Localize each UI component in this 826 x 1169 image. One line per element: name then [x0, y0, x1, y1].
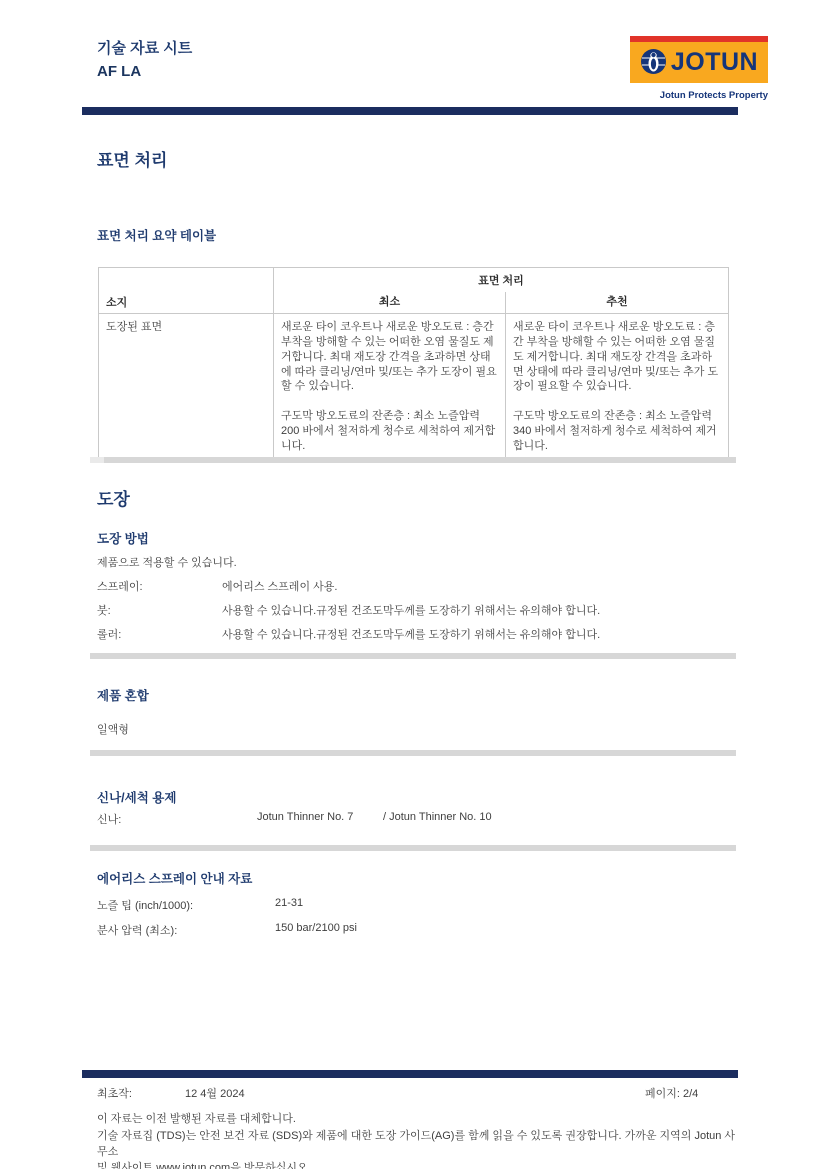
- footer-rule: [82, 1070, 738, 1078]
- section-separator: [90, 845, 736, 851]
- table-heading: 표면 처리 요약 테이블: [97, 226, 216, 244]
- col-header-recommended: 추천: [506, 292, 729, 314]
- doc-type-title: 기술 자료 시트: [97, 37, 192, 58]
- jotun-logo: JOTUN Jotun Protects Property: [630, 36, 768, 101]
- section-title-application: 도장: [97, 485, 130, 510]
- airless-label: 노즐 팁 (inch/1000):: [97, 897, 275, 913]
- thinner-value-2: / Jotun Thinner No. 10: [383, 811, 492, 823]
- section-separator: [90, 457, 736, 463]
- page-number: 페이지: 2/4: [645, 1085, 698, 1101]
- product-name: AF LA: [97, 63, 141, 80]
- issued-date: 12 4월 2024: [185, 1088, 245, 1100]
- method-label: 스프레이:: [97, 578, 222, 594]
- jotun-logo-box: JOTUN: [630, 36, 768, 83]
- footer-issued-row: 최초작:12 4월 2024: [97, 1085, 245, 1101]
- cell-minimum: 새로운 타이 코우트나 새로운 방오도료 : 층간 부착을 방해할 수 있는 어…: [274, 314, 506, 457]
- method-value: 사용할 수 있습니다.규정된 건조도막두께를 도장하기 위해서는 유의해야 합니…: [222, 605, 600, 617]
- thinner-label: 신나:: [97, 811, 257, 827]
- cell-minimum-p2: 구도막 방오도료의 잔존층 : 최소 노즐압력 200 바에서 철저하게 청수로…: [281, 409, 498, 453]
- airless-row-pressure: 분사 압력 (최소):150 bar/2100 psi: [97, 922, 357, 938]
- header-rule: [82, 107, 738, 115]
- thinner-row: 신나:Jotun Thinner No. 7/ Jotun Thinner No…: [97, 811, 492, 827]
- method-row-roller: 롤러:사용할 수 있습니다.규정된 건조도막두께를 도장하기 위해서는 유의해야…: [97, 626, 600, 642]
- penguin-globe-icon: [640, 48, 667, 78]
- method-value: 사용할 수 있습니다.규정된 건조도막두께를 도장하기 위해서는 유의해야 합니…: [222, 629, 600, 641]
- disclaimer-line-2: 및 웹사이트 www.jotun.com을 방문하십시오.: [97, 1159, 737, 1169]
- method-row-spray: 스프레이:에어리스 스프레이 사용.: [97, 578, 337, 594]
- application-intro: 제품으로 적용할 수 있습니다.: [97, 554, 237, 570]
- cell-recommended: 새로운 타이 코우트나 새로운 방오도료 : 층간 부착을 방해할 수 있는 어…: [506, 314, 729, 457]
- method-row-brush: 붓:사용할 수 있습니다.규정된 건조도막두께를 도장하기 위해서는 유의해야 …: [97, 602, 600, 618]
- mixing-value: 일액형: [97, 721, 129, 737]
- thinner-value-1: Jotun Thinner No. 7: [257, 811, 383, 823]
- section-separator: [90, 653, 736, 659]
- issued-label: 최초작:: [97, 1085, 185, 1101]
- footer-disclaimer: 기술 자료집 (TDS)는 안전 보건 자료 (SDS)와 제품에 대한 도장 …: [97, 1127, 737, 1169]
- heading-application-methods: 도장 방법: [97, 529, 149, 547]
- footer-note: 이 자료는 이전 발행된 자료를 대체합니다.: [97, 1110, 296, 1126]
- cell-minimum-p1: 새로운 타이 코우트나 새로운 방오도료 : 층간 부착을 방해할 수 있는 어…: [281, 320, 498, 394]
- section-separator: [90, 750, 736, 756]
- disclaimer-line-1: 기술 자료집 (TDS)는 안전 보건 자료 (SDS)와 제품에 대한 도장 …: [97, 1127, 737, 1159]
- cell-substrate: 도장된 표면: [99, 314, 274, 457]
- heading-thinner: 신나/세척 용제: [97, 788, 176, 806]
- airless-row-nozzle: 노즐 팁 (inch/1000):21-31: [97, 897, 303, 913]
- logo-brand-text: JOTUN: [671, 48, 758, 77]
- col-header-substrate: 소지: [99, 268, 274, 314]
- airless-label: 분사 압력 (최소):: [97, 922, 275, 938]
- airless-value: 21-31: [275, 897, 303, 909]
- section-title-surface-prep: 표면 처리: [97, 146, 167, 171]
- tds-page: 기술 자료 시트 AF LA JOTUN Jotun Protec: [0, 0, 826, 1169]
- method-label: 롤러:: [97, 626, 222, 642]
- surface-prep-table: 소지 표면 처리 최소 추천 도장된 표면 새로운 타이 코우트나 새로운 방오…: [98, 267, 729, 458]
- heading-airless-spray: 에어리스 스프레이 안내 자료: [97, 869, 252, 887]
- cell-recommended-p2: 구도막 방오도료의 잔존층 : 최소 노즐압력 340 바에서 철저하게 청수로…: [513, 409, 721, 453]
- method-value: 에어리스 스프레이 사용.: [222, 581, 337, 593]
- logo-tagline: Jotun Protects Property: [630, 90, 768, 101]
- cell-recommended-p1: 새로운 타이 코우트나 새로운 방오도료 : 층간 부착을 방해할 수 있는 어…: [513, 320, 721, 394]
- col-group-header: 표면 처리: [274, 268, 729, 292]
- method-label: 붓:: [97, 602, 222, 618]
- airless-value: 150 bar/2100 psi: [275, 922, 357, 934]
- col-header-minimum: 최소: [274, 292, 506, 314]
- heading-product-mixing: 제품 혼합: [97, 686, 149, 704]
